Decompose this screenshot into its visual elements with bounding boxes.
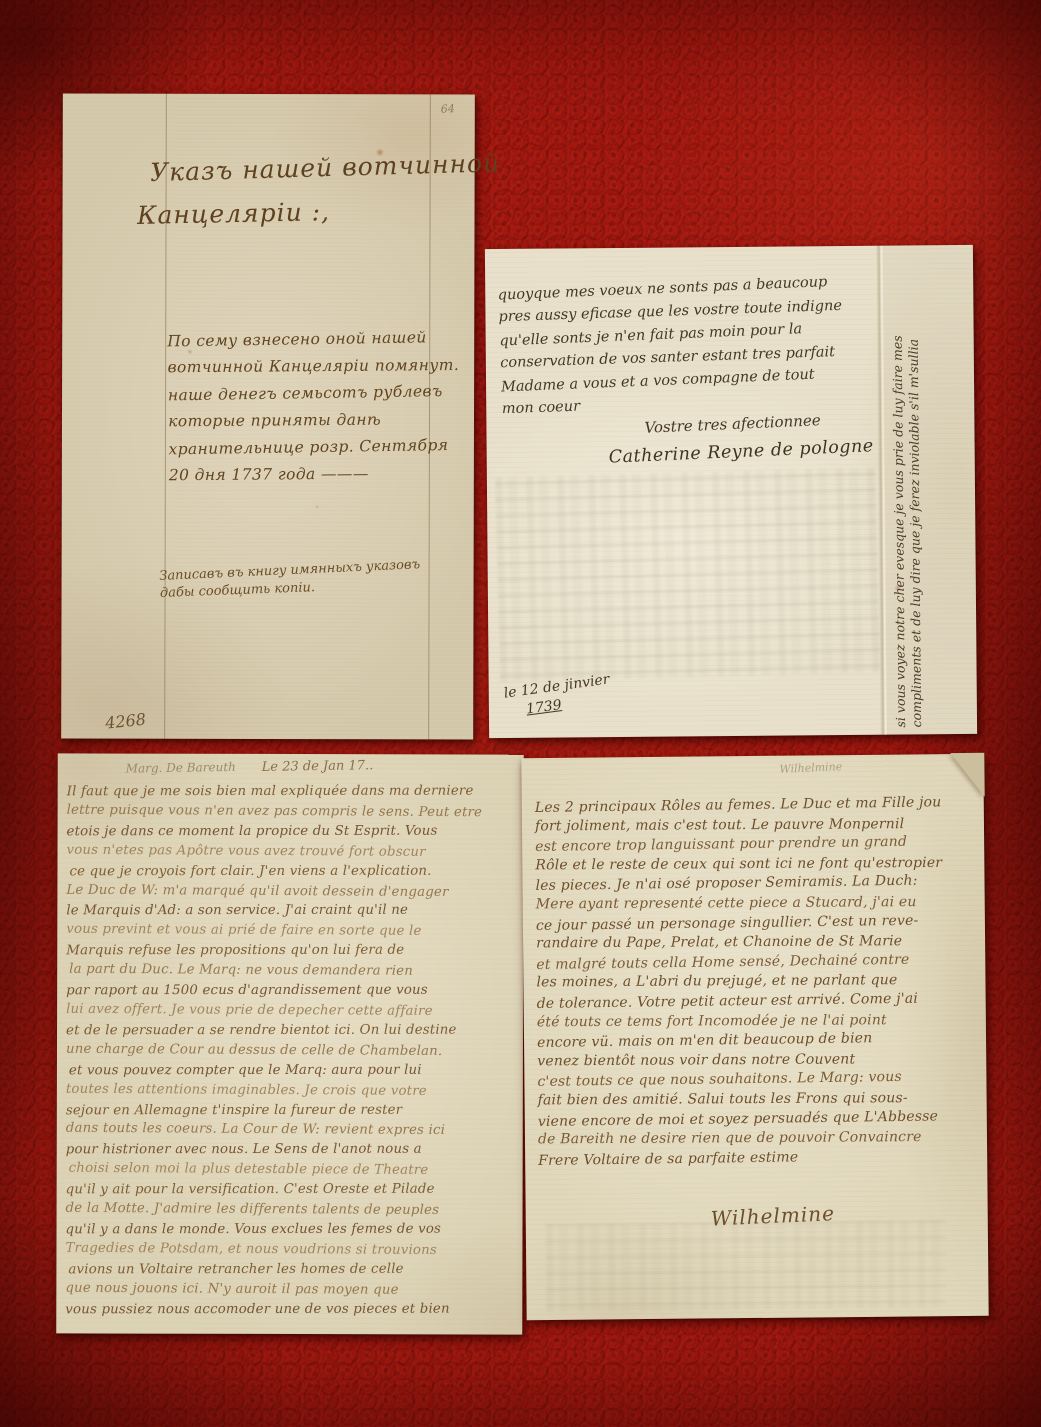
handwritten-line: Канцеляріи :, — [137, 187, 502, 238]
handwritten-line: Marquis refuse les propositions qu'on lu… — [66, 941, 482, 962]
ink-bleedthrough — [546, 1220, 947, 1312]
folded-corner — [950, 753, 984, 797]
pencil-attribution-note: Marg. De Bareuth — [126, 760, 236, 776]
handwritten-line: которые приняты данѣ — [168, 406, 460, 435]
handwritten-line: par raport au 1500 ecus d'agrandissement… — [66, 981, 482, 1002]
handwritten-line: de la Motte. J'admire les differents tal… — [66, 1199, 482, 1221]
ink-bleedthrough — [495, 467, 880, 682]
handwritten-line: Le Duc de W: m'a marqué qu'il avoit dess… — [66, 880, 482, 902]
handwritten-line: vous prevint et vous ai prié de faire en… — [66, 920, 482, 942]
handwritten-line: vous n'etes pas Apôtre vous avez trouvé … — [66, 840, 482, 862]
handwritten-line: Frere Voltaire de sa parfaite estime — [538, 1146, 945, 1171]
handwritten-line: avions un Voltaire retrancher les homes … — [68, 1259, 481, 1280]
letter-date: Le 23 de Jan 17.. — [262, 758, 374, 775]
decree-registry-note: Записавъ въ книгу имянныхъ указовъдабы с… — [159, 557, 421, 604]
letter-body: Il faut que je me sois bien mal expliqué… — [65, 781, 482, 1320]
handwritten-line: наше денегъ семьсотъ рублевъ — [168, 378, 460, 410]
handwritten-line: toutes les attentions imaginables. Je cr… — [66, 1079, 482, 1101]
handwritten-line: qu'il y a dans le monde. Vous exclues le… — [65, 1220, 481, 1241]
photograph-of-manuscripts: 64 Указъ нашей вотчиннойКанцеляріи :, По… — [0, 0, 1041, 1427]
handwritten-line: Il faut que je me sois bien mal expliqué… — [67, 782, 483, 803]
decree-body: По сему взнесено оной нашейвотчинной Кан… — [167, 324, 460, 489]
pencil-attribution-note: Wilhelmine — [779, 760, 842, 776]
handwritten-line: Tragedies de Potsdam, et nous voudrions … — [65, 1239, 481, 1261]
vertical-margin-note: si vous voyez notre cher evesque je vous… — [889, 259, 924, 727]
handwritten-line: la part du Duc. Le Marq: ne vous demande… — [69, 960, 482, 982]
handwritten-line: le Marquis d'Ad: a son service. J'ai cra… — [66, 901, 482, 922]
russian-decree-sheet: 64 Указъ нашей вотчиннойКанцеляріи :, По… — [61, 93, 475, 739]
handwritten-line: хранительнице розр. Сентября — [168, 432, 460, 464]
handwritten-line: lettre puisque vous n'en avez pas compri… — [67, 801, 483, 823]
pencil-page-number: 64 — [440, 102, 455, 116]
letter-body: quoyque mes voeux ne sonts pas a beaucou… — [497, 271, 845, 421]
handwritten-line: et de le persuader a se rendre bientot i… — [66, 1020, 482, 1041]
catherine-signature: Catherine Reyne de pologne — [608, 436, 874, 468]
handwritten-line: dans touts les coeurs. La Cour de W: rev… — [66, 1119, 482, 1141]
bayreuth-letter-sheet: Marg. De Bareuth Le 23 de Jan 17.. Il fa… — [56, 753, 524, 1334]
handwritten-line: choisi selon moi la plus detestable piec… — [69, 1159, 482, 1181]
catherine-letter-sheet: quoyque mes voeux ne sonts pas a beaucou… — [485, 245, 977, 738]
handwritten-line: qu'il y ait pour la versification. C'est… — [66, 1180, 482, 1201]
archive-number: 4268 — [104, 710, 146, 733]
handwritten-line: 20 дня 1737 года ——— — [169, 460, 461, 489]
handwritten-line: ce que je croyois fort clair. J'en viens… — [69, 861, 482, 882]
decree-heading: Указъ нашей вотчиннойКанцеляріи :, — [150, 142, 502, 238]
handwritten-line: pour histrioner avec nous. Le Sens de l'… — [66, 1140, 482, 1161]
handwritten-line: et vous pouvez compter que le Marq: aura… — [69, 1060, 482, 1081]
handwritten-line: lui avez offert. Je vous prie de depeche… — [66, 1000, 482, 1022]
handwritten-line: etois je dans ce moment la propice du St… — [67, 821, 483, 842]
handwritten-line: По сему взнесено оной нашей — [167, 324, 459, 356]
handwritten-line: une charge de Cour au dessus de celle de… — [66, 1039, 482, 1061]
wilhelmine-letter-sheet: Wilhelmine Les 2 principaux Rôles au fem… — [521, 754, 988, 1320]
handwritten-line: que nous jouons ici. N'y auroit il pas m… — [65, 1278, 481, 1300]
handwritten-line: вотчинной Канцеляріи помянут. — [167, 352, 459, 381]
handwritten-line: sejour en Allemagne t'inspire la fureur … — [66, 1100, 482, 1121]
letter-body: Les 2 principaux Rôles au femes. Le Duc … — [535, 794, 945, 1170]
handwritten-line: vous pussiez nous accomoder une de vos p… — [65, 1299, 481, 1320]
